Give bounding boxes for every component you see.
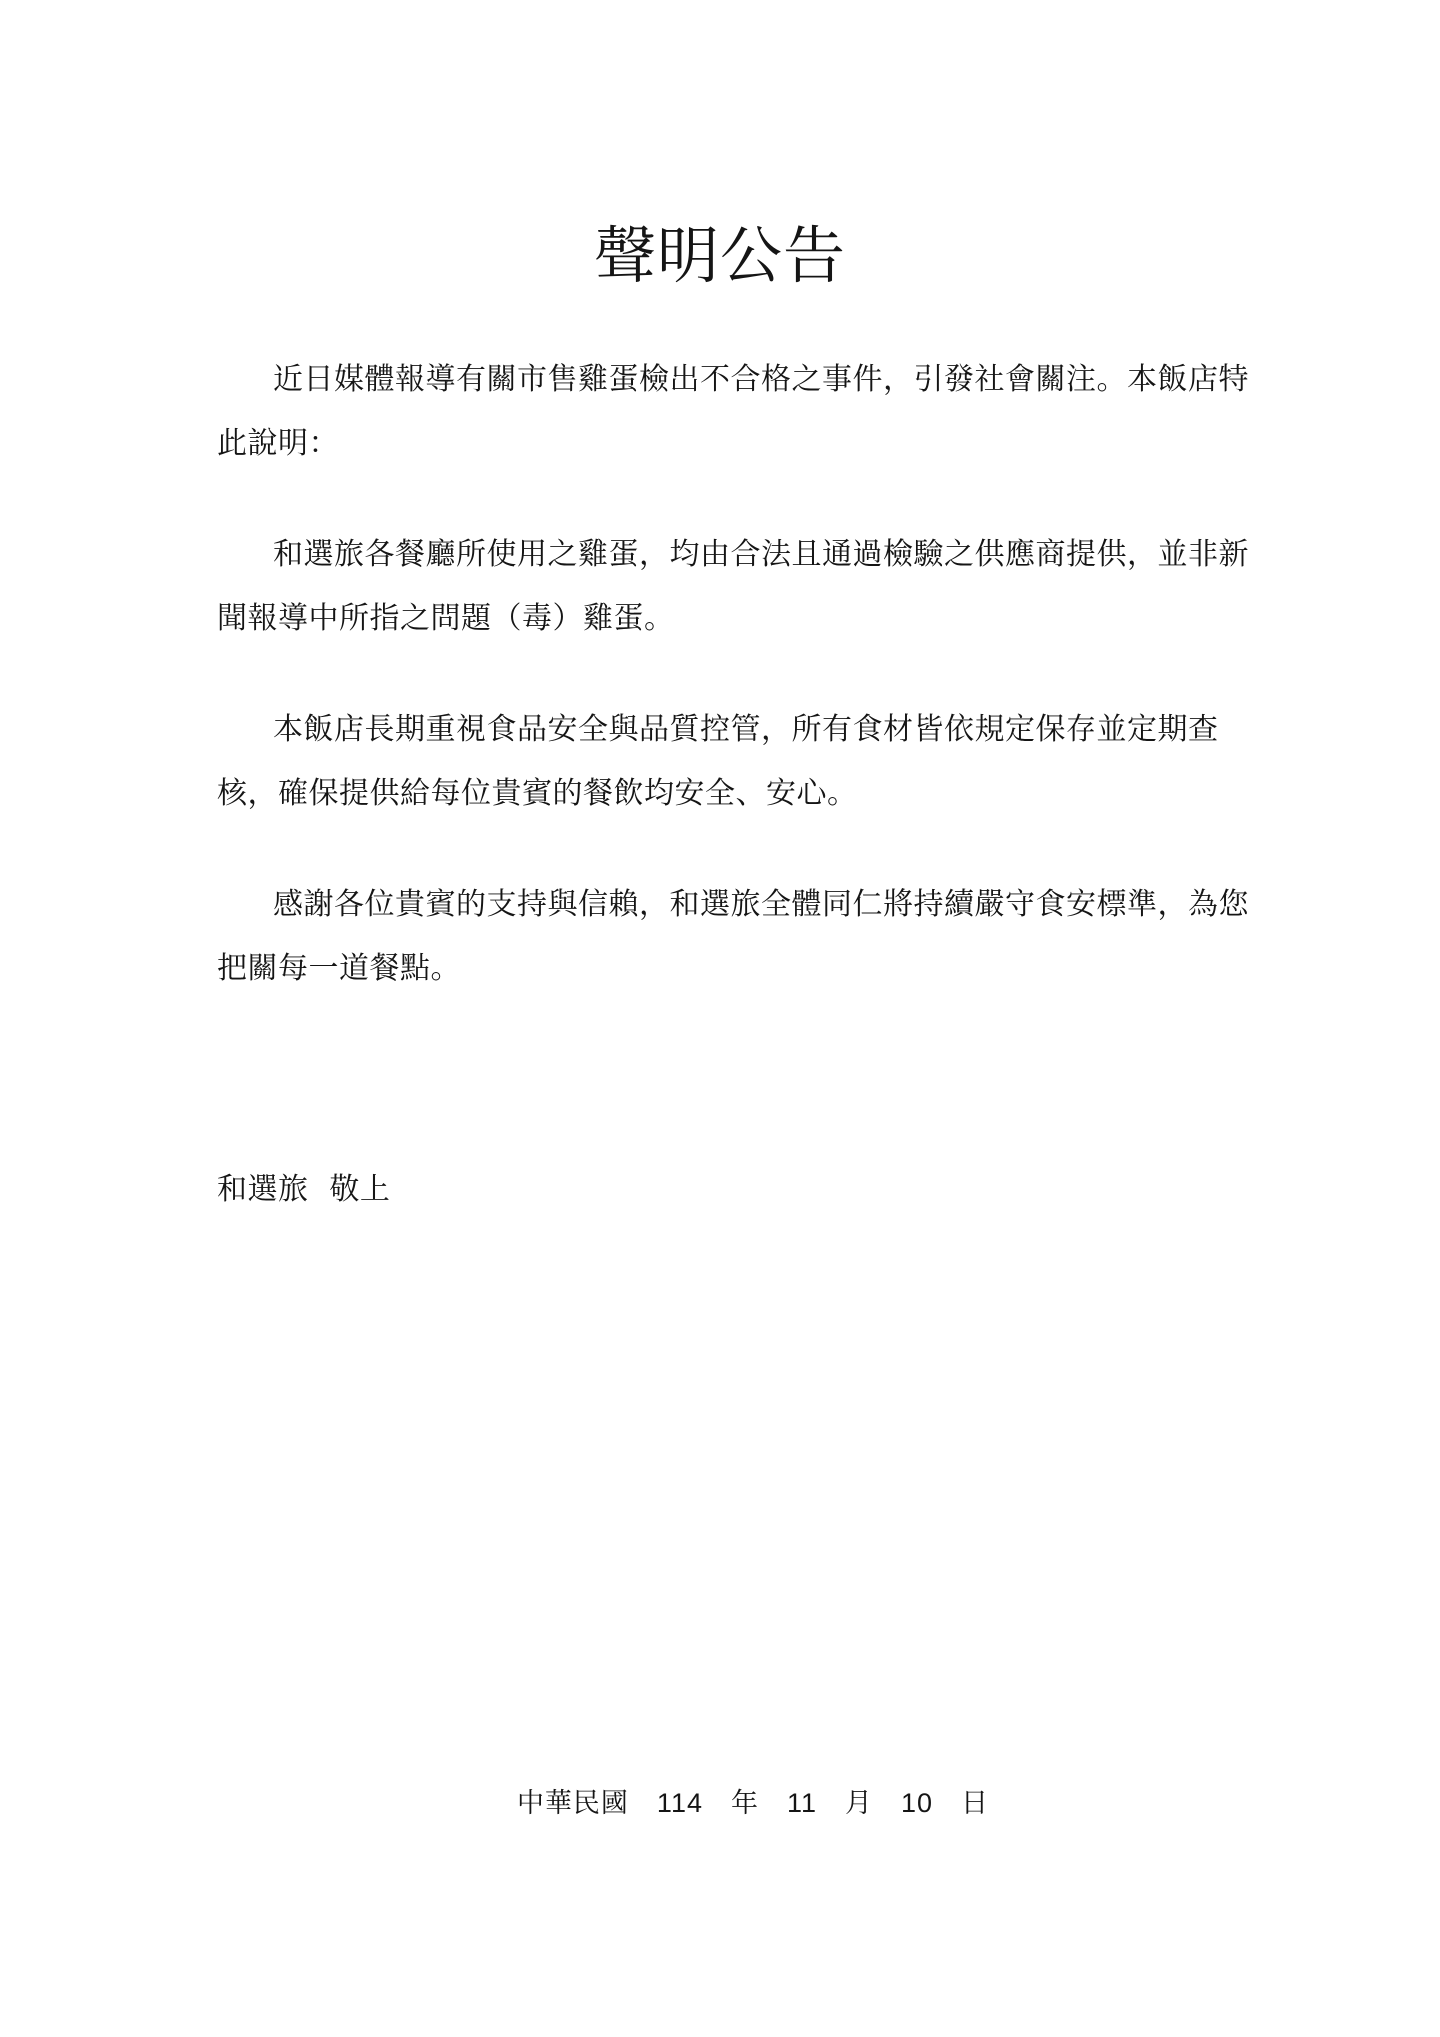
paragraph-line: 此說明： <box>217 412 1223 476</box>
paragraph: 和選旅各餐廳所使用之雞蛋，均由合法且通過檢驗之供應商提供，並非新 聞報導中所指之… <box>217 523 1223 651</box>
date-line: 中華民國 114 年 11 月 10 日 <box>33 1778 1440 1828</box>
announcement-page: 聲明公告 近日媒體報導有關市售雞蛋檢出不合格之事件，引發社會關注。本飯店特 此說… <box>0 0 1440 2037</box>
paragraph-line: 和選旅各餐廳所使用之雞蛋，均由合法且通過檢驗之供應商提供，並非新 <box>217 523 1223 587</box>
paragraph-line: 本飯店長期重視食品安全與品質控管，所有食材皆依規定保存並定期查 <box>217 698 1223 762</box>
paragraph: 近日媒體報導有關市售雞蛋檢出不合格之事件，引發社會關注。本飯店特 此說明： <box>217 348 1223 476</box>
paragraph-line: 近日媒體報導有關市售雞蛋檢出不合格之事件，引發社會關注。本飯店特 <box>217 348 1223 412</box>
signature-line: 和選旅 敬上 <box>217 1158 390 1222</box>
paragraph: 感謝各位貴賓的支持與信賴，和選旅全體同仁將持續嚴守食安標準，為您 把關每一道餐點… <box>217 873 1223 1001</box>
paragraph: 本飯店長期重視食品安全與品質控管，所有食材皆依規定保存並定期查 核，確保提供給每… <box>217 698 1223 826</box>
paragraph-line: 感謝各位貴賓的支持與信賴，和選旅全體同仁將持續嚴守食安標準，為您 <box>217 873 1223 937</box>
paragraph-line: 核，確保提供給每位貴賓的餐飲均安全、安心。 <box>217 762 1223 826</box>
paragraph-line: 聞報導中所指之問題（毒）雞蛋。 <box>217 587 1223 651</box>
paragraph-line: 把關每一道餐點。 <box>217 937 1223 1001</box>
page-title: 聲明公告 <box>0 222 1440 292</box>
